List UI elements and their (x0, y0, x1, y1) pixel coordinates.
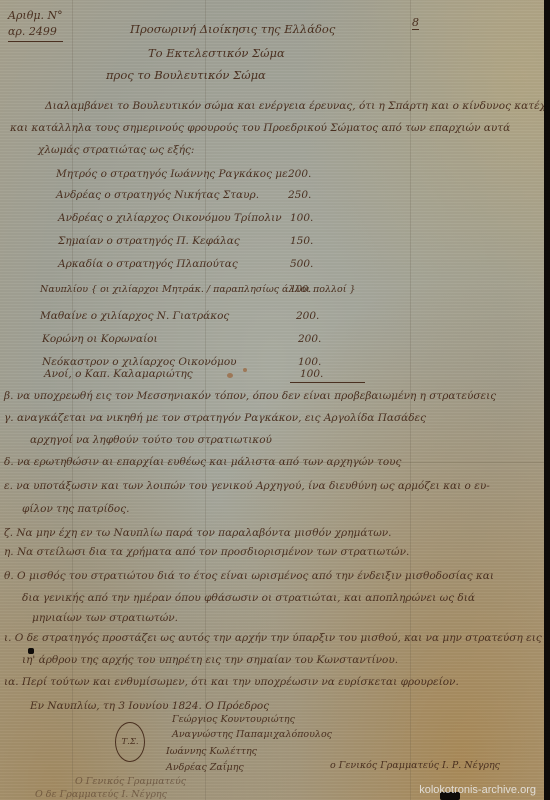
roster-row: Μαθαίνε ο χιλίαρχος Ν. Γιατράκος200. (40, 310, 229, 322)
page-number: 8 (412, 16, 419, 30)
archive-ref-line1: Αριθμ. Ν° (8, 8, 63, 24)
roster-row: Αρκαδία ο στρατηγός Πλαπούτας500. (58, 258, 238, 270)
paragraph-e-cont: φίλον της πατρίδος. (22, 503, 129, 515)
roster-amount: 100. (300, 368, 323, 380)
roster-name: Κορώνη οι Κορωναίοι (42, 333, 158, 345)
archive-watermark: kolokotronis-archive.org (419, 784, 536, 796)
roster-amount: 500. (290, 258, 313, 270)
roster-name: Ανδρέας ο χιλίαρχος Οικονόμου Τρίπολιν (58, 212, 282, 224)
signature-4: Ανδρέας Ζαΐμης (166, 762, 244, 773)
signature-1: Γεώργιος Κουντουριώτης (172, 714, 295, 725)
paragraph-th-cont2: μηνιαίων των στρατιωτών. (32, 612, 178, 624)
title-line-3: προς το Βουλευτικόν Σώμα (106, 68, 266, 82)
paragraph-e: ε. να υποτάξωσιν και των λοιπών του γενι… (4, 480, 490, 492)
roster-row: Μητρός ο στρατηγός Ιωάννης Ραγκάκος με20… (56, 168, 288, 180)
roster-name: Σημαίαν ο στρατηγός Π. Κεφάλας (58, 235, 240, 247)
roster-amount: 100. (290, 284, 311, 295)
title-line-1: Προσωρινή Διοίκησις της Ελλάδος (130, 22, 335, 36)
signature-3: Ιωάννης Κωλέττης (166, 746, 257, 757)
paragraph-d: δ. να ερωτηθώσιν αι επαρχίαι ευθέως και … (4, 456, 401, 468)
paragraph-c-cont: αρχηγοί να ληφθούν τούτο του στρατιωτικο… (30, 434, 272, 446)
ink-stain (227, 373, 233, 378)
roster-row: Ανδρέας ο χιλίαρχος Οικονόμου Τρίπολιν10… (58, 212, 282, 224)
roster-row: Σημαίαν ο στρατηγός Π. Κεφάλας150. (58, 235, 240, 247)
roster-name: Νεόκαστρον ο χιλίαρχος Οικονόμου (42, 356, 237, 368)
paragraph-th: θ. Ο μισθός του στρατιώτου διά το έτος ε… (4, 570, 494, 582)
paragraph-th-cont1: δια γενικής από την ημέραν όπου φθάσωσιν… (22, 592, 475, 604)
paragraph-h: η. Να στείλωσι δια τα χρήματα από τον πρ… (4, 546, 409, 558)
title-line-2: Το Εκτελεστικόν Σώμα (148, 46, 285, 60)
faded-line-2: Ο δε Γραμματεύς Ι. Νέγρης (35, 789, 167, 800)
roster-name: Μαθαίνε ο χιλίαρχος Ν. Γιατράκος (40, 310, 229, 322)
roster-name: Ανοί, ο Καπ. Καλαμαριώτης (44, 368, 193, 380)
paper-hole (28, 648, 34, 654)
signature-2: Αναγνώστης Παπαμιχαλόπουλος (172, 729, 332, 740)
roster-name: Μητρός ο στρατηγός Ιωάννης Ραγκάκος με (56, 168, 288, 180)
seal-text: Τ.Σ. (121, 737, 138, 747)
ink-stain (243, 368, 247, 372)
place-date: Εν Ναυπλίω, τη 3 Ιουνίου 1824. Ο Πρόεδρο… (30, 700, 269, 712)
roster-amount: 150. (290, 235, 313, 247)
roster-row: Ναυπλίου { οι χιλίαρχοι Μητράκ. / παραπλ… (40, 284, 356, 295)
paragraph-c: γ. αναγκάζεται να νικηθή με τον στρατηγό… (4, 412, 426, 424)
intro-line-1: Διαλαμβάνει το Βουλευτικόν σώμα και ενέρ… (45, 100, 544, 112)
intro-line-2: και κατάλληλα τους σημερινούς φρουρούς τ… (10, 122, 510, 134)
roster-name: Αρκαδία ο στρατηγός Πλαπούτας (58, 258, 238, 270)
roster-amount: 100. (298, 356, 321, 368)
roster-amount: 200. (288, 168, 311, 180)
roster-amount: 200. (298, 333, 321, 345)
roster-row: Ανδρέας ο στρατηγός Νικήτας Σταυρ.250. (56, 189, 259, 201)
secretary-signature: ο Γενικός Γραμματεύς Ι. Ρ. Νέγρης (330, 760, 500, 771)
intro-line-3: χλωμάς στρατιώτας ως εξής: (38, 144, 194, 156)
paragraph-z: ζ. Να μην έχη εν τω Ναυπλίω παρά τον παρ… (4, 527, 392, 539)
seal-stamp: Τ.Σ. (115, 722, 145, 762)
paragraph-i-cont: ιη' άρθρου της αρχής του υπηρέτη εις την… (22, 654, 398, 666)
manuscript-page: Αριθμ. Ν° αρ. 2499 8 Προσωρινή Διοίκησις… (0, 0, 544, 800)
scan-border (544, 0, 550, 800)
roster-row: Νεόκαστρον ο χιλίαρχος Οικονόμου100. (42, 356, 237, 368)
total-underline (290, 382, 365, 383)
roster-amount: 100. (290, 212, 313, 224)
archive-ref-line2: αρ. 2499 (8, 24, 63, 42)
roster-amount: 250. (288, 189, 311, 201)
paragraph-b: β. να υποχρεωθή εις τον Μεσσηνιακόν τόπο… (4, 390, 496, 402)
roster-row: Ανοί, ο Καπ. Καλαμαριώτης100. (44, 368, 193, 380)
roster-name: Ανδρέας ο στρατηγός Νικήτας Σταυρ. (56, 189, 259, 201)
roster-amount: 200. (296, 310, 319, 322)
roster-row: Κορώνη οι Κορωναίοι200. (42, 333, 158, 345)
paragraph-i: ι. Ο δε στρατηγός προστάζει ως αυτός την… (4, 632, 542, 644)
archive-reference: Αριθμ. Ν° αρ. 2499 (8, 8, 63, 42)
paragraph-ia: ια. Περί τούτων και ενθυμίσωμεν, ότι και… (4, 676, 459, 688)
faded-line-1: Ο Γενικός Γραμματεύς (75, 776, 186, 787)
